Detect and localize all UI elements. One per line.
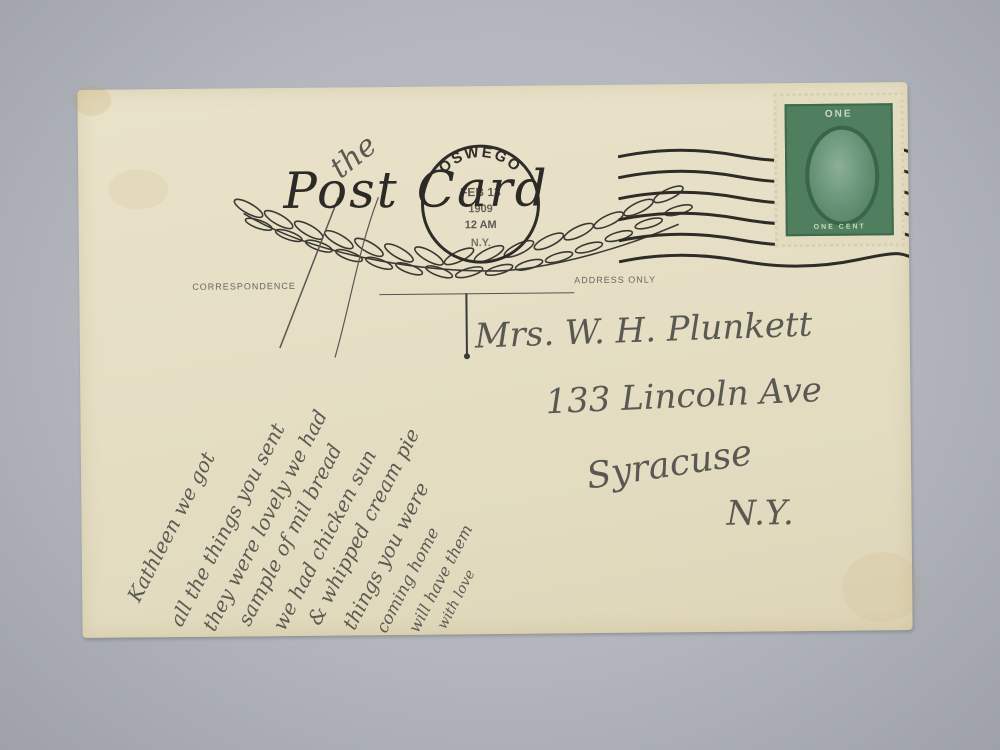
stamp-bottom-text: ONE CENT (788, 223, 892, 231)
printed-title: Post Card (283, 159, 549, 220)
postcard-back: OSWEGO FEB 13 1909 12 AM N.Y. the Post C… (77, 82, 912, 638)
portrait-icon (805, 125, 880, 226)
stamp-top-text: ONE (787, 108, 891, 120)
svg-text:12 AM: 12 AM (465, 219, 497, 231)
svg-text:N.Y.: N.Y. (471, 237, 491, 249)
stamp-frame: ONE ONE CENT (785, 103, 894, 236)
correspondence-label: CORRESPONDENCE (192, 281, 296, 292)
address-only-label: ADDRESS ONLY (574, 274, 656, 285)
postage-stamp: ONE ONE CENT (773, 92, 904, 247)
address-line-state: N.Y. (726, 493, 794, 534)
postcard-photo: OSWEGO FEB 13 1909 12 AM N.Y. the Post C… (0, 0, 1000, 750)
